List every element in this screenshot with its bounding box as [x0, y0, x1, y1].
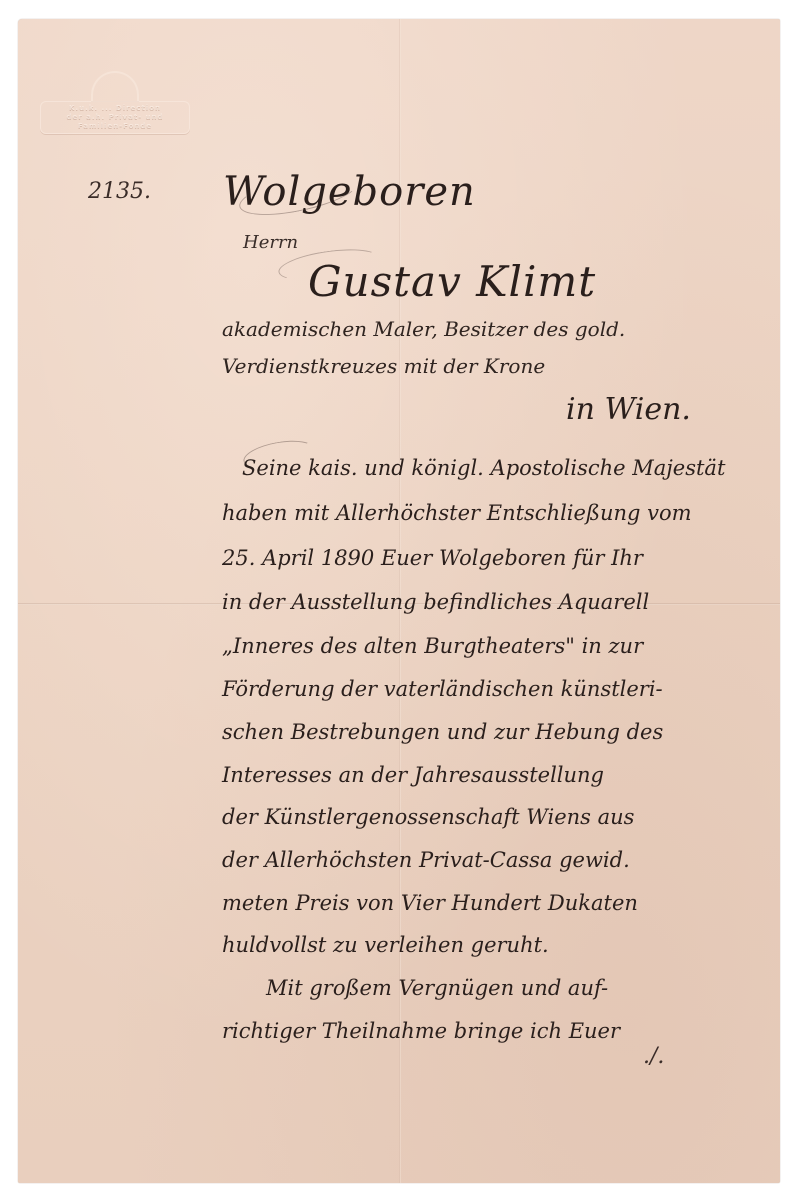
salutation: Wolgeboren [223, 169, 476, 215]
address-line: Verdienstkreuzes mit der Krone [222, 354, 545, 378]
body-line: „Inneres des alten Burgtheaters" in zur [222, 634, 643, 658]
body-line: schen Bestrebungen und zur Hebung des [222, 720, 663, 744]
body-line: der Allerhöchsten Privat-Cassa gewid. [222, 848, 630, 872]
body-line: Interesses an der Jahresausstellung [222, 763, 604, 787]
body-line: richtiger Theilnahme bringe ich Euer [222, 1019, 620, 1043]
crown-emblem-icon [91, 71, 139, 101]
title-prefix: Herrn [243, 232, 298, 253]
stamp-line: Familien-Fonde [41, 122, 189, 131]
body-line: Mit großem Vergnügen und auf- [266, 976, 608, 1000]
stamp-line: K.u.k. ... Direction [41, 104, 189, 113]
body-line: Förderung der vaterländischen künstleri- [222, 677, 663, 701]
body-line: Seine kais. und königl. Apostolische Maj… [242, 456, 725, 480]
address-line: akademischen Maler, Besitzer des gold. [222, 317, 625, 341]
body-line: huldvollst zu verleihen geruht. [222, 933, 549, 957]
embossed-stamp: K.u.k. ... Direction der a.h. Privat- un… [40, 71, 190, 137]
letter-paper: K.u.k. ... Direction der a.h. Privat- un… [18, 19, 780, 1183]
recipient-name: Gustav Klimt [308, 257, 596, 306]
body-line: haben mit Allerhöchster Entschließung vo… [222, 501, 692, 525]
recipient-city: in Wien. [566, 392, 691, 427]
body-line: 25. April 1890 Euer Wolgeboren für Ihr [222, 546, 643, 570]
reference-number: 2135. [88, 179, 151, 204]
body-line: in der Ausstellung befindliches Aquarell [222, 590, 649, 614]
continuation-mark: ./. [643, 1044, 664, 1069]
stamp-frame: K.u.k. ... Direction der a.h. Privat- un… [40, 101, 190, 134]
stamp-line: der a.h. Privat- und [41, 113, 189, 122]
body-line: der Künstlergenossenschaft Wiens aus [222, 805, 634, 829]
body-line: meten Preis von Vier Hundert Dukaten [222, 891, 638, 915]
